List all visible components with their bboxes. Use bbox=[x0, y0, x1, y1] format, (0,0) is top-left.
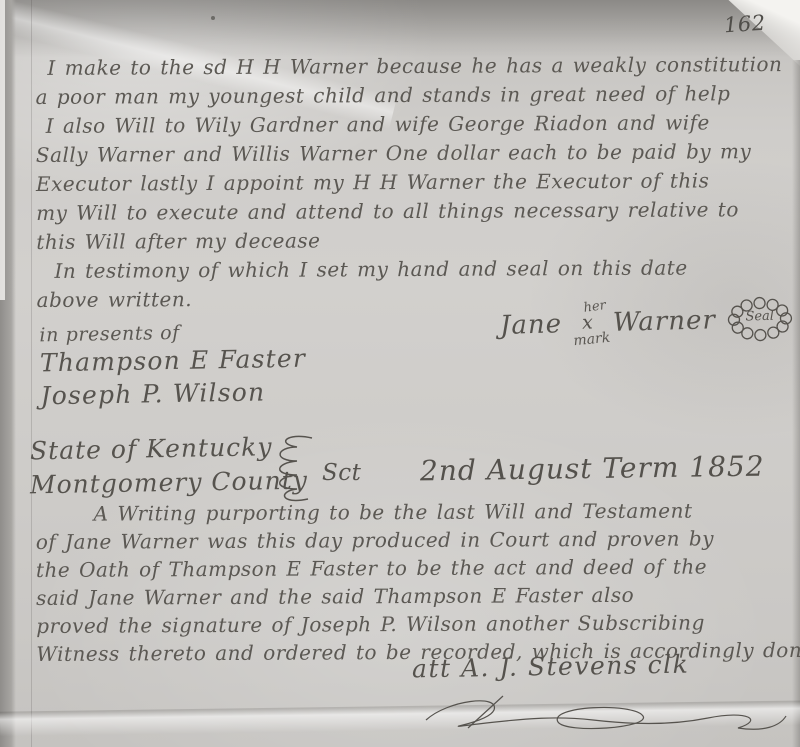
witness-name: Joseph P. Wilson bbox=[40, 375, 307, 413]
will-line: I make to the sd H H Warner because he h… bbox=[35, 50, 781, 83]
mark-x: x bbox=[582, 313, 593, 332]
seal-word: Seal bbox=[723, 308, 797, 325]
page-edge-sliver bbox=[0, 0, 5, 300]
will-line: In testimony of which I set my hand and … bbox=[36, 253, 782, 286]
hand-drawn-seal: Seal bbox=[722, 292, 797, 346]
page-number: 162 bbox=[724, 11, 767, 38]
will-line: I also Will to Wily Gardner and wife Geo… bbox=[36, 108, 782, 141]
probate-line: said Jane Warner and the said Thampson E… bbox=[36, 580, 784, 612]
scanned-will-page: 162 I make to the sd H H Warner because … bbox=[0, 0, 800, 747]
ink-speck bbox=[211, 16, 215, 20]
her-label: her bbox=[583, 299, 607, 315]
her-mark: her x mark bbox=[568, 300, 606, 347]
margin-fold-line bbox=[31, 0, 32, 747]
state-line: State of Kentucky bbox=[30, 430, 308, 469]
will-line: Sally Warner and Willis Warner One dolla… bbox=[36, 137, 782, 170]
probate-line: the Oath of Thampson E Faster to be the … bbox=[36, 552, 784, 584]
witness-block: in presents of Thampson E Faster Joseph … bbox=[39, 320, 307, 413]
will-line: a poor man my youngest child and stands … bbox=[35, 79, 781, 112]
probate-order: A Writing purporting to be the last Will… bbox=[36, 496, 785, 668]
witness-name: Thampson E Faster bbox=[40, 342, 307, 380]
sct-abbreviation: Sct bbox=[322, 460, 361, 486]
will-body: I make to the sd H H Warner because he h… bbox=[35, 50, 782, 315]
will-line: my Will to execute and attend to all thi… bbox=[36, 195, 782, 228]
signature-last-name: Warner bbox=[612, 305, 716, 338]
venue-block: State of Kentucky Montgomery County bbox=[30, 432, 308, 500]
probate-line: of Jane Warner was this day produced in … bbox=[36, 524, 784, 556]
clerk-attestation: att A. J. Stevens clk bbox=[412, 650, 690, 684]
probate-line: proved the signature of Joseph P. Wilson… bbox=[36, 608, 784, 640]
mark-label: mark bbox=[573, 331, 611, 348]
pen-flourish-icon bbox=[408, 686, 798, 744]
will-line: this Will after my decease bbox=[36, 224, 782, 257]
signature-first-name: Jane bbox=[500, 309, 563, 341]
court-term-date: 2nd August Term 1852 bbox=[420, 450, 765, 488]
county-line: Montgomery County bbox=[30, 464, 308, 503]
testator-signature: Jane her x mark Warner Seal bbox=[499, 292, 797, 352]
probate-line: A Writing purporting to be the last Will… bbox=[36, 496, 784, 528]
will-line: Executor lastly I appoint my H H Warner … bbox=[36, 166, 782, 199]
